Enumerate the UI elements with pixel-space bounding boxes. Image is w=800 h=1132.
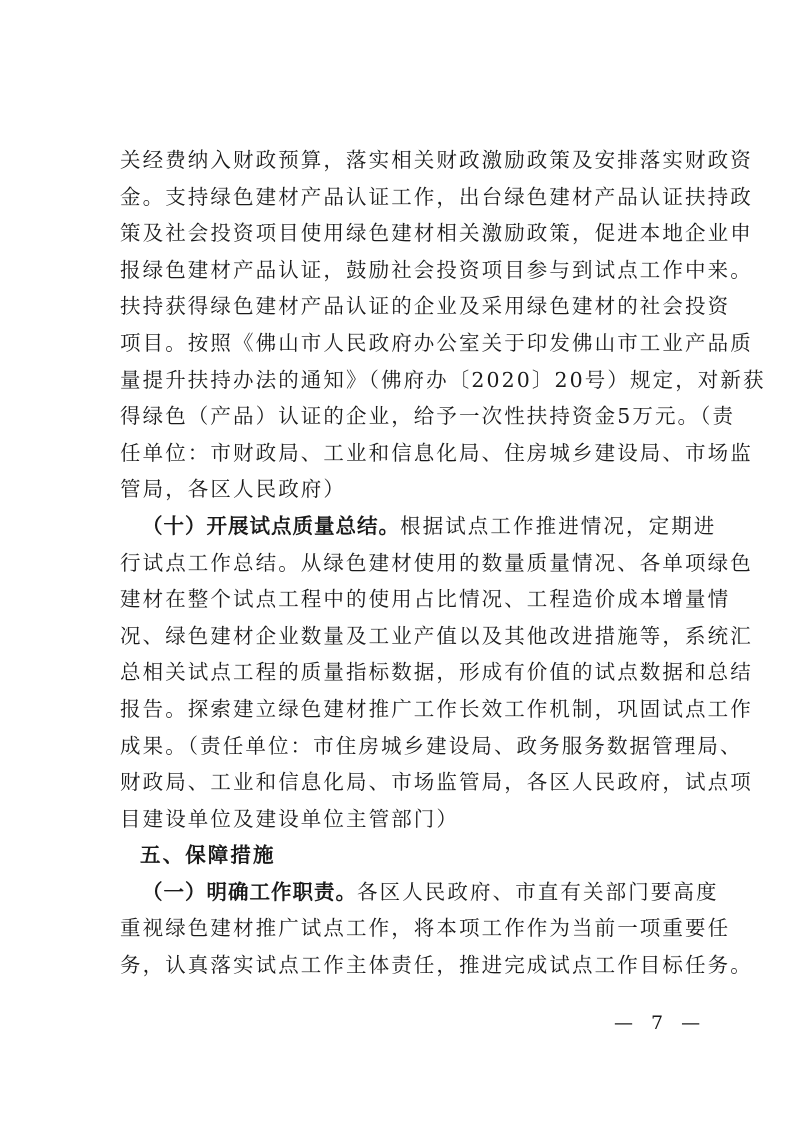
paragraph-line: 量提升扶持办法的通知》（佛府办〔2020〕20号）规定，对新获 (120, 362, 684, 399)
paragraph-line: 关经费纳入财政预算，落实相关财政激励政策及安排落实财政资 (120, 142, 684, 179)
paragraph-line: 目建设单位及建设单位主管部门） (120, 801, 684, 838)
paragraph-line: 务，认真落实试点工作主体责任，推进完成试点工作目标任务。 (120, 947, 684, 984)
paragraph-line: 任单位：市财政局、工业和信息化局、住房城乡建设局、市场监 (120, 435, 684, 472)
document-page: 关经费纳入财政预算，落实相关财政激励政策及安排落实财政资 金。支持绿色建材产品认… (0, 0, 800, 1132)
paragraph-line: 管局，各区人民政府） (120, 471, 684, 508)
paragraph-line: 扶持获得绿色建材产品认证的企业及采用绿色建材的社会投资 (120, 288, 684, 325)
paragraph-line: 项目。按照《佛山市人民政府办公室关于印发佛山市工业产品质 (120, 325, 684, 362)
paragraph-line: 财政局、工业和信息化局、市场监管局，各区人民政府，试点项 (120, 764, 684, 801)
page-number: — 7 — (614, 1012, 706, 1034)
paragraph-line: 况、绿色建材企业数量及工业产值以及其他改进措施等，系统汇 (120, 618, 684, 655)
paragraph-line: 总相关试点工程的质量指标数据，形成有价值的试点数据和总结 (120, 654, 684, 691)
section-lead-one: （一）明确工作职责。 (142, 880, 357, 904)
paragraph-line: 策及社会投资项目使用绿色建材相关激励政策，促进本地企业申 (120, 215, 684, 252)
paragraph-line: 成果。（责任单位：市住房城乡建设局、政务服务数据管理局、 (120, 728, 684, 765)
paragraph-line-section-one: （一）明确工作职责。各区人民政府、市直有关部门要高度 (120, 874, 684, 911)
paragraph-line: 报告。探索建立绿色建材推广工作长效工作机制，巩固试点工作 (120, 691, 684, 728)
section-lead-ten: （十）开展试点质量总结。 (142, 514, 400, 538)
paragraph-line: 行试点工作总结。从绿色建材使用的数量质量情况、各单项绿色 (120, 545, 684, 582)
paragraph-line: 建材在整个试点工程中的使用占比情况、工程造价成本增量情 (120, 581, 684, 618)
paragraph-text: 根据试点工作推进情况，定期进 (400, 514, 716, 538)
paragraph-line: 重视绿色建材推广试点工作，将本项工作作为当前一项重要任 (120, 910, 684, 947)
paragraph-line-section-ten: （十）开展试点质量总结。根据试点工作推进情况，定期进 (120, 508, 684, 545)
paragraph-line: 报绿色建材产品认证，鼓励社会投资项目参与到试点工作中来。 (120, 252, 684, 289)
paragraph-text: 各区人民政府、市直有关部门要高度 (357, 880, 719, 904)
paragraph-line: 金。支持绿色建材产品认证工作，出台绿色建材产品认证扶持政 (120, 179, 684, 216)
paragraph-line: 得绿色（产品）认证的企业，给予一次性扶持资金5万元。（责 (120, 398, 684, 435)
document-body: 关经费纳入财政预算，落实相关财政激励政策及安排落实财政资 金。支持绿色建材产品认… (120, 142, 684, 984)
section-heading-safeguards: 五、保障措施 (120, 837, 684, 874)
